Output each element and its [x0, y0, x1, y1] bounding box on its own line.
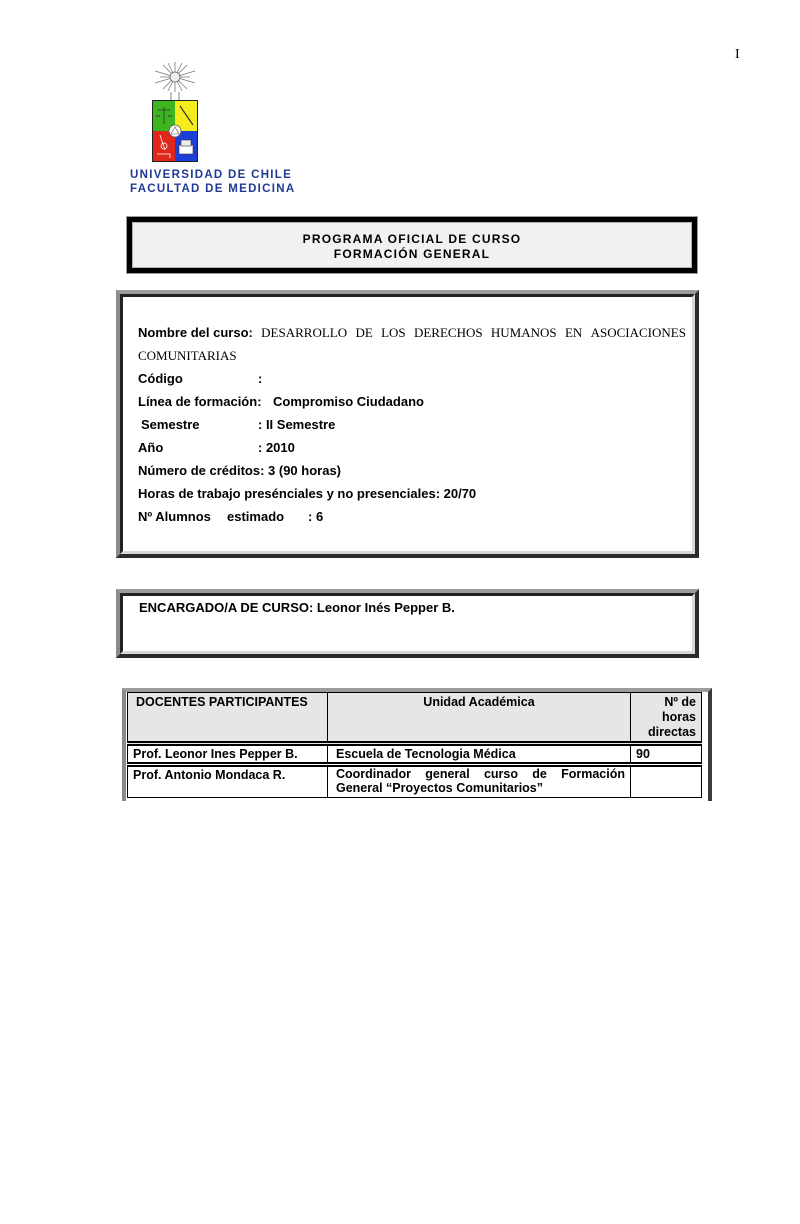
unidad-line: General “Proyectos Comunitarios” [336, 781, 543, 795]
horas-row: Horas de trabajo presénciales y no prese… [138, 482, 686, 505]
course-name-row: Nombre del curso: DESARROLLO DE LOS DERE… [138, 321, 686, 344]
document-title-box: PROGRAMA OFICIAL DE CURSO FORMACIÓN GENE… [126, 216, 698, 274]
encargado-box: ENCARGADO/A DE CURSO: Leonor Inés Pepper… [116, 589, 699, 658]
horas-cell: 90 [631, 744, 702, 765]
university-crest-icon [150, 62, 200, 166]
course-name-word: DERECHOS [414, 321, 483, 344]
course-name-continued: COMUNITARIAS [138, 348, 237, 363]
unidad-cell: Coordinador general curso de Formación G… [328, 765, 631, 798]
codigo-label: Código [138, 367, 258, 390]
course-name-word: LOS [381, 321, 406, 344]
horas-cell [631, 765, 702, 798]
semestre-value: : II Semestre [258, 417, 335, 432]
course-name-label: Nombre del curso: [138, 321, 253, 344]
page-number: I [735, 47, 740, 63]
unidad-cell: Escuela de Tecnologia Médica [328, 744, 631, 765]
header-horas-line: Nº de [636, 695, 696, 710]
table-row: Prof. Antonio Mondaca R. Coordinador gen… [128, 765, 702, 798]
institution-name: UNIVERSIDAD DE CHILE FACULTAD DE MEDICIN… [130, 168, 295, 196]
header-horas-line: horas [636, 710, 696, 725]
university-name: UNIVERSIDAD DE CHILE [130, 168, 295, 182]
anio-value: : 2010 [258, 440, 295, 455]
codigo-value: : [258, 371, 262, 386]
table-header-row: DOCENTES PARTICIPANTES Unidad Académica … [128, 693, 702, 744]
header-docentes: DOCENTES PARTICIPANTES [128, 693, 328, 744]
linea-value: Compromiso Ciudadano [273, 394, 424, 409]
alumnos-label: Nº Alumnos [138, 505, 227, 528]
title-line-1: PROGRAMA OFICIAL DE CURSO [133, 232, 691, 247]
title-line-2: FORMACIÓN GENERAL [133, 247, 691, 262]
course-name-word: EN [565, 321, 582, 344]
semestre-row: Semestre: II Semestre [138, 413, 686, 436]
course-name-word: ASOCIACIONES [591, 321, 686, 344]
course-name-word: HUMANOS [491, 321, 557, 344]
linea-label: Línea de formación: [138, 390, 273, 413]
header-unidad: Unidad Académica [328, 693, 631, 744]
header-horas-line: directas [636, 725, 696, 740]
semestre-label: Semestre [138, 413, 258, 436]
creditos-row: Número de créditos: 3 (90 horas) [138, 459, 686, 482]
docente-cell: Prof. Antonio Mondaca R. [128, 765, 328, 798]
docente-cell: Prof. Leonor Ines Pepper B. [128, 744, 328, 765]
alumnos-row: Nº Alumnosestimado: 6 [138, 505, 686, 528]
docentes-table-frame: DOCENTES PARTICIPANTES Unidad Académica … [122, 688, 712, 801]
course-info-box: Nombre del curso: DESARROLLO DE LOS DERE… [116, 290, 699, 558]
course-name-word: DE [355, 321, 372, 344]
header-horas: Nº de horas directas [631, 693, 702, 744]
docentes-table: DOCENTES PARTICIPANTES Unidad Académica … [127, 692, 702, 798]
anio-row: Año: 2010 [138, 436, 686, 459]
linea-row: Línea de formación:Compromiso Ciudadano [138, 390, 686, 413]
table-row: Prof. Leonor Ines Pepper B. Escuela de T… [128, 744, 702, 765]
course-name-word: DESARROLLO [261, 321, 347, 344]
codigo-row: Código: [138, 367, 686, 390]
alumnos-label-2: estimado [227, 505, 308, 528]
encargado-text: ENCARGADO/A DE CURSO: Leonor Inés Pepper… [139, 600, 455, 615]
unidad-line: Coordinador general curso de Formación [336, 767, 625, 781]
faculty-name: FACULTAD DE MEDICINA [130, 182, 295, 196]
anio-label: Año [138, 436, 258, 459]
alumnos-value: : 6 [308, 509, 323, 524]
